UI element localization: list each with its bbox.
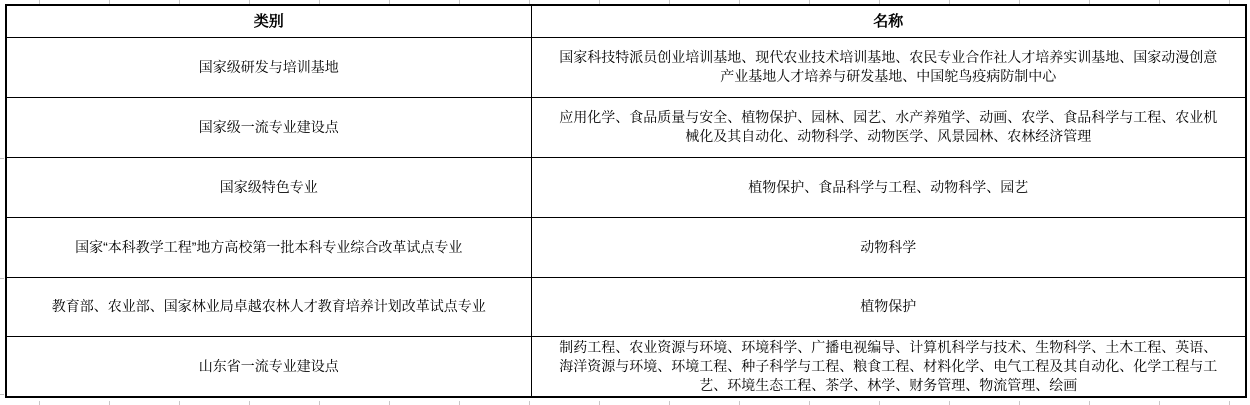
name-cell: 制药工程、农业资源与环境、环境科学、广播电视编导、计算机科学与技术、生物科学、土… [531, 336, 1246, 397]
category-column-header: 类别 [6, 5, 531, 37]
name-cell: 植物保护 [531, 277, 1246, 336]
spreadsheet-gridline-left-tick [0, 278, 4, 279]
name-cell: 国家科技特派员创业培训基地、现代农业技术培训基地、农民专业合作社人才培养实训基地… [531, 37, 1246, 97]
name-cell: 植物保护、食品科学与工程、动物科学、园艺 [531, 157, 1246, 217]
category-cell: 国家级研发与培训基地 [6, 37, 531, 97]
spreadsheet-gridline-left-tick [0, 394, 4, 395]
category-name-table: 类别 名称 国家级研发与培训基地 国家科技特派员创业培训基地、现代农业技术培训基… [5, 4, 1247, 398]
category-cell: 山东省一流专业建设点 [6, 336, 531, 397]
table-row: 山东省一流专业建设点 制药工程、农业资源与环境、环境科学、广播电视编导、计算机科… [6, 336, 1246, 397]
table-row: 国家级一流专业建设点 应用化学、食品质量与安全、植物保护、园林、园艺、水产养殖学… [6, 97, 1246, 157]
table-row: 国家级特色专业 植物保护、食品科学与工程、动物科学、园艺 [6, 157, 1246, 217]
table-row: 国家级研发与培训基地 国家科技特派员创业培训基地、现代农业技术培训基地、农民专业… [6, 37, 1246, 97]
category-cell: 国家级特色专业 [6, 157, 531, 217]
category-cell: 国家“本科教学工程”地方高校第一批本科专业综合改革试点专业 [6, 217, 531, 277]
category-cell: 教育部、农业部、国家林业局卓越农林人才教育培养计划改革试点专业 [6, 277, 531, 336]
table-header-row: 类别 名称 [6, 5, 1246, 37]
spreadsheet-gridline-left-tick [0, 158, 4, 159]
name-cell: 应用化学、食品质量与安全、植物保护、园林、园艺、水产养殖学、动画、农学、食品科学… [531, 97, 1246, 157]
spreadsheet-gridlines-bottom [0, 401, 1250, 405]
table-row: 国家“本科教学工程”地方高校第一批本科专业综合改革试点专业 动物科学 [6, 217, 1246, 277]
table-row: 教育部、农业部、国家林业局卓越农林人才教育培养计划改革试点专业 植物保护 [6, 277, 1246, 336]
name-cell: 动物科学 [531, 217, 1246, 277]
name-column-header: 名称 [531, 5, 1246, 37]
category-cell: 国家级一流专业建设点 [6, 97, 531, 157]
